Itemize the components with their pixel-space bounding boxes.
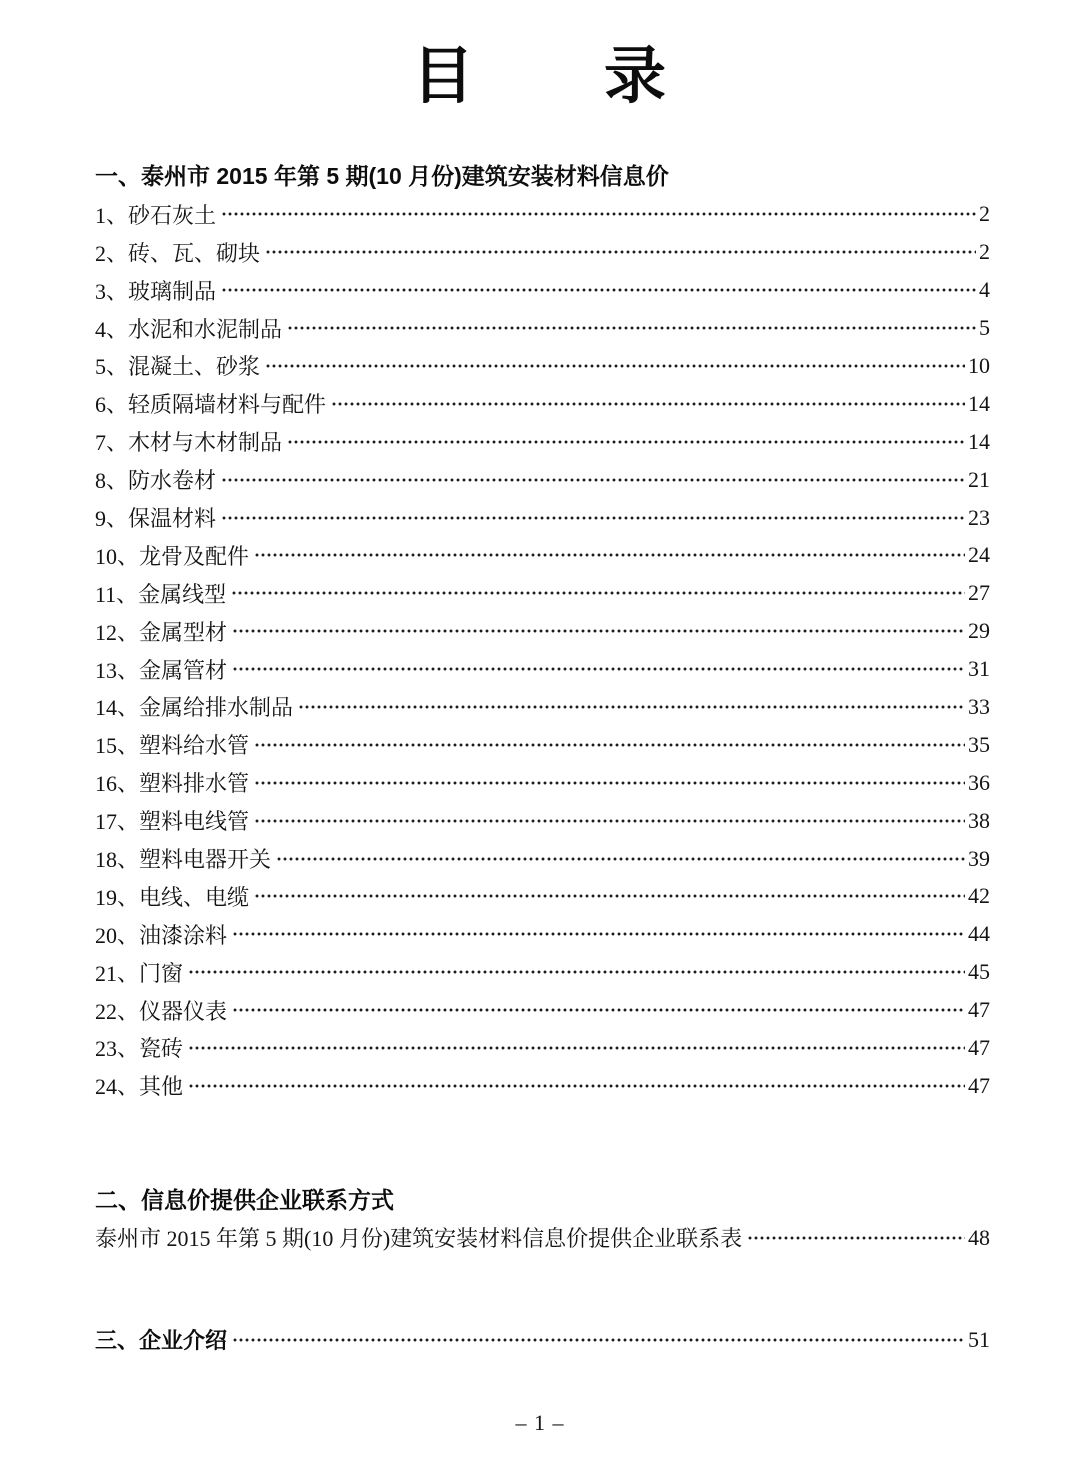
page-title: 目 录 [0,0,1080,111]
dot-leader [188,961,965,983]
toc-entry: 7、木材与木材制品 14 [95,423,990,461]
toc-entry-label: 1、砂石灰土 [95,199,216,230]
toc-entry-page-number: 36 [968,770,990,796]
toc-entry-page-number: 27 [968,580,990,606]
toc-entry: 2、砖、瓦、砌块 2 [95,233,990,271]
toc-entry-page-number: 14 [968,391,990,417]
dot-leader [188,1075,965,1097]
section-contact-info: 二、信息价提供企业联系方式 泰州市 2015 年第 5 期(10 月份)建筑安装… [95,1181,990,1257]
toc-entry: 23、瓷砖 47 [95,1029,990,1067]
toc-entry: 8、防水卷材 21 [95,461,990,499]
dot-leader [287,317,976,339]
toc-entry-label: 12、金属型材 [95,616,227,647]
toc-entry-page-number: 10 [968,353,990,379]
toc-entry-label: 3、玻璃制品 [95,275,216,306]
toc-entry: 19、电线、电缆 42 [95,877,990,915]
dot-leader [254,885,965,907]
toc-entry: 5、混凝土、砂浆 10 [95,347,990,385]
dot-leader [331,393,965,415]
toc-entry: 13、金属管材 31 [95,650,990,688]
dot-leader [221,507,965,529]
dot-leader [298,696,965,718]
toc-entry-label: 2、砖、瓦、砌块 [95,237,260,268]
toc-entry-page-number: 47 [968,1073,990,1099]
dot-leader [254,772,965,794]
toc-entry-page-number: 47 [968,997,990,1023]
toc-entry: 6、轻质隔墙材料与配件 14 [95,385,990,423]
dot-leader [265,241,976,263]
toc-entry: 17、塑料电线管 38 [95,802,990,840]
toc-entry: 3、玻璃制品 4 [95,271,990,309]
toc-entry-label: 20、油漆涂料 [95,919,227,950]
dot-leader [265,355,965,377]
toc-entry-page-number: 23 [968,505,990,531]
dot-leader [287,431,965,453]
toc-entry: 15、塑料给水管 35 [95,726,990,764]
toc-entry-label: 22、仪器仪表 [95,995,227,1026]
toc-entry-page-number: 5 [979,315,990,341]
toc-entry-page-number: 45 [968,959,990,985]
dot-leader [231,582,965,604]
toc-entry-page-number: 29 [968,618,990,644]
dot-leader [188,1037,965,1059]
dot-leader [221,469,965,491]
toc-entry: 9、保温材料 23 [95,499,990,537]
toc-entry-page-number: 14 [968,429,990,455]
toc-entry: 12、金属型材 29 [95,612,990,650]
toc-entry: 18、塑料电器开关 39 [95,840,990,878]
toc-entry-page-number: 24 [968,542,990,568]
toc-entry-page-number: 33 [968,694,990,720]
toc-entry-label: 18、塑料电器开关 [95,843,271,874]
toc-entry-label: 9、保温材料 [95,502,216,533]
toc-entry: 16、塑料排水管 36 [95,764,990,802]
toc-entry-label: 6、轻质隔墙材料与配件 [95,388,326,419]
section-1-heading: 一、泰州市 2015 年第 5 期(10 月份)建筑安装材料信息价 [95,157,990,195]
toc-entry-label: 10、龙骨及配件 [95,540,249,571]
toc-entry-page-number: 39 [968,846,990,872]
toc-entry-label: 14、金属给排水制品 [95,691,293,722]
toc-entry-label: 17、塑料电线管 [95,805,249,836]
toc-entry: 4、水泥和水泥制品 5 [95,309,990,347]
dot-leader [232,620,965,642]
dot-leader [254,734,965,756]
dot-leader [254,544,965,566]
toc-entry-label: 15、塑料给水管 [95,729,249,760]
section-3-heading: 三、企业介绍 [95,1324,227,1355]
toc-entry-label: 5、混凝土、砂浆 [95,350,260,381]
toc-entry: 22、仪器仪表 47 [95,991,990,1029]
toc-entry-label: 泰州市 2015 年第 5 期(10 月份)建筑安装材料信息价提供企业联系表 [95,1222,742,1253]
toc-entry: 21、门窗 45 [95,953,990,991]
toc-entry: 24、其他 47 [95,1067,990,1105]
toc-entry-label: 7、木材与木材制品 [95,426,282,457]
toc-entry: 三、企业介绍 51 [95,1321,990,1359]
toc-entry-page-number: 21 [968,467,990,493]
document-page: 目 录 一、泰州市 2015 年第 5 期(10 月份)建筑安装材料信息价 1、… [0,0,1080,1463]
toc-entry-label: 16、塑料排水管 [95,767,249,798]
toc-entry: 10、龙骨及配件 24 [95,536,990,574]
section-2-heading: 二、信息价提供企业联系方式 [95,1181,990,1219]
toc-entry-page-number: 35 [968,732,990,758]
toc-entry-page-number: 2 [979,239,990,265]
toc-entry-page-number: 51 [968,1327,990,1353]
dot-leader [232,923,965,945]
dot-leader [254,810,965,832]
toc-entry-page-number: 31 [968,656,990,682]
dot-leader [221,203,976,225]
dot-leader [747,1227,965,1249]
section-company-intro: 三、企业介绍 51 [95,1321,990,1359]
toc-entry-page-number: 48 [968,1225,990,1251]
section-materials-price: 一、泰州市 2015 年第 5 期(10 月份)建筑安装材料信息价 1、砂石灰土… [95,157,990,1104]
dot-leader [232,1329,965,1351]
toc-entry-label: 23、瓷砖 [95,1032,183,1063]
toc-entry: 14、金属给排水制品 33 [95,688,990,726]
toc-entry-label: 19、电线、电缆 [95,881,249,912]
toc-entry-page-number: 38 [968,808,990,834]
toc-entry-label: 8、防水卷材 [95,464,216,495]
footer-page-number: – 1 – [0,1410,1080,1436]
toc-entry: 20、油漆涂料 44 [95,915,990,953]
toc-entry: 11、金属线型 27 [95,574,990,612]
toc-entry-page-number: 42 [968,883,990,909]
dot-leader [276,848,965,870]
toc-entry-label: 13、金属管材 [95,654,227,685]
dot-leader [232,658,965,680]
toc-entry: 泰州市 2015 年第 5 期(10 月份)建筑安装材料信息价提供企业联系表 4… [95,1219,990,1257]
toc-entry-page-number: 44 [968,921,990,947]
toc-content: 一、泰州市 2015 年第 5 期(10 月份)建筑安装材料信息价 1、砂石灰土… [95,157,990,1358]
toc-entry-label: 24、其他 [95,1070,183,1101]
dot-leader [221,279,976,301]
toc-entry-label: 11、金属线型 [95,578,226,609]
toc-entry-label: 21、门窗 [95,957,183,988]
toc-entry-page-number: 4 [979,277,990,303]
toc-entry-page-number: 47 [968,1035,990,1061]
toc-entry: 1、砂石灰土 2 [95,195,990,233]
toc-entry-label: 4、水泥和水泥制品 [95,313,282,344]
dot-leader [232,999,965,1021]
toc-entry-page-number: 2 [979,201,990,227]
